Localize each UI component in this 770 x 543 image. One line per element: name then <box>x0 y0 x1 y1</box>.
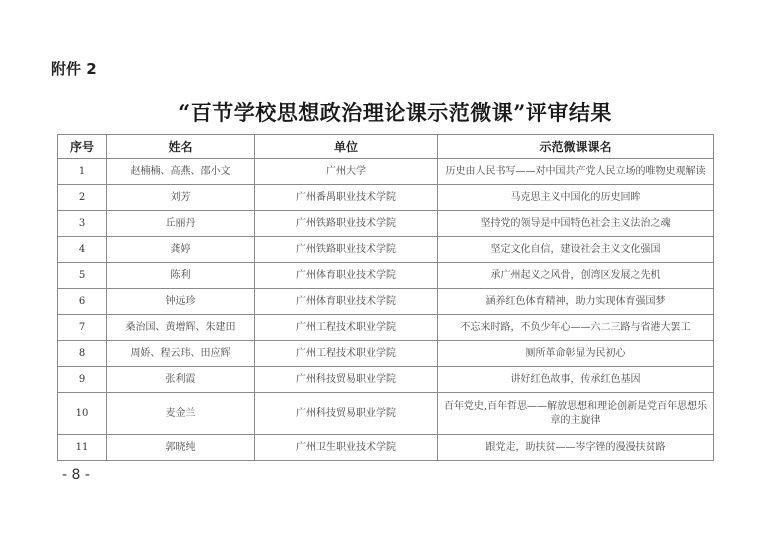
cell-names: 桑治国、黄增辉、朱建田 <box>107 315 255 341</box>
cell-course-title: 涵养红色体育精神，助力实现体育强国梦 <box>438 289 714 315</box>
table-row: 5 陈利 广州体育职业技术学院 承广州起义之风骨，创湾区发展之先机 <box>58 263 714 289</box>
cell-names: 麦金兰 <box>107 393 255 435</box>
cell-names: 丘丽丹 <box>107 211 255 237</box>
cell-unit: 广州大学 <box>255 159 438 185</box>
cell-unit: 广州番禺职业技术学院 <box>255 185 438 211</box>
cell-course-title: 坚定文化自信，建设社会主义文化强国 <box>438 237 714 263</box>
cell-serial-number: 4 <box>58 237 107 263</box>
table-row: 1 赵楠楠、高燕、邵小文 广州大学 历史由人民书写——对中国共产党人民立场的唯物… <box>58 159 714 185</box>
cell-course-title: 厕所革命彰显为民初心 <box>438 341 714 367</box>
cell-names: 郭晓纯 <box>107 435 255 461</box>
cell-unit: 广州工程技术职业学院 <box>255 341 438 367</box>
cell-course-title: 马克思主义中国化的历史回眸 <box>438 185 714 211</box>
cell-course-title: 讲好红色故事，传承红色基因 <box>438 367 714 393</box>
cell-unit: 广州卫生职业技术学院 <box>255 435 438 461</box>
cell-serial-number: 2 <box>58 185 107 211</box>
table-row: 4 龚婷 广州铁路职业技术学院 坚定文化自信，建设社会主义文化强国 <box>58 237 714 263</box>
cell-unit: 广州科技贸易职业学院 <box>255 367 438 393</box>
table-row: 9 张利霞 广州科技贸易职业学院 讲好红色故事，传承红色基因 <box>58 367 714 393</box>
cell-names: 龚婷 <box>107 237 255 263</box>
header-serial-number: 序号 <box>58 135 107 159</box>
cell-names: 刘芳 <box>107 185 255 211</box>
table-row: 6 钟远珍 广州体育职业技术学院 涵养红色体育精神，助力实现体育强国梦 <box>58 289 714 315</box>
cell-unit: 广州铁路职业技术学院 <box>255 237 438 263</box>
header-unit: 单位 <box>255 135 438 159</box>
cell-course-title: 承广州起义之风骨，创湾区发展之先机 <box>438 263 714 289</box>
attachment-label: 附件 2 <box>51 58 97 79</box>
cell-serial-number: 5 <box>58 263 107 289</box>
cell-names: 张利霞 <box>107 367 255 393</box>
cell-names: 陈利 <box>107 263 255 289</box>
cell-serial-number: 3 <box>58 211 107 237</box>
cell-serial-number: 1 <box>58 159 107 185</box>
table-header-row: 序号 姓名 单位 示范微课课名 <box>58 135 714 159</box>
cell-course-title: 跟党走，助扶贫——岑字锉的漫漫扶贫路 <box>438 435 714 461</box>
results-table: 序号 姓名 单位 示范微课课名 1 赵楠楠、高燕、邵小文 广州大学 历史由人民书… <box>57 134 714 461</box>
table-row: 10 麦金兰 广州科技贸易职业学院 百年党史,百年哲思——解放思想和理论创新是党… <box>58 393 714 435</box>
cell-names: 钟远珍 <box>107 289 255 315</box>
cell-course-title: 不忘来时路，不负少年心——六二三路与省港大罢工 <box>438 315 714 341</box>
cell-serial-number: 7 <box>58 315 107 341</box>
cell-serial-number: 9 <box>58 367 107 393</box>
table-row: 3 丘丽丹 广州铁路职业技术学院 坚持党的领导是中国特色社会主义法治之魂 <box>58 211 714 237</box>
header-course-title: 示范微课课名 <box>438 135 714 159</box>
cell-names: 赵楠楠、高燕、邵小文 <box>107 159 255 185</box>
cell-unit: 广州体育职业技术学院 <box>255 289 438 315</box>
cell-unit: 广州铁路职业技术学院 <box>255 211 438 237</box>
cell-names: 周娇、程云玮、田应辉 <box>107 341 255 367</box>
cell-course-title: 历史由人民书写——对中国共产党人民立场的唯物史观解读 <box>438 159 714 185</box>
document-title: “百节学校思想政治理论课示范微课”评审结果 <box>0 97 770 127</box>
table-row: 11 郭晓纯 广州卫生职业技术学院 跟党走，助扶贫——岑字锉的漫漫扶贫路 <box>58 435 714 461</box>
table-row: 2 刘芳 广州番禺职业技术学院 马克思主义中国化的历史回眸 <box>58 185 714 211</box>
cell-unit: 广州工程技术职业学院 <box>255 315 438 341</box>
header-name: 姓名 <box>107 135 255 159</box>
cell-serial-number: 8 <box>58 341 107 367</box>
cell-serial-number: 10 <box>58 393 107 435</box>
cell-serial-number: 11 <box>58 435 107 461</box>
table-row: 8 周娇、程云玮、田应辉 广州工程技术职业学院 厕所革命彰显为民初心 <box>58 341 714 367</box>
table-row: 7 桑治国、黄增辉、朱建田 广州工程技术职业学院 不忘来时路，不负少年心——六二… <box>58 315 714 341</box>
cell-unit: 广州科技贸易职业学院 <box>255 393 438 435</box>
cell-serial-number: 6 <box>58 289 107 315</box>
cell-course-title: 坚持党的领导是中国特色社会主义法治之魂 <box>438 211 714 237</box>
cell-course-title: 百年党史,百年哲思——解放思想和理论创新是党百年思想乐章的主旋律 <box>438 393 714 435</box>
cell-unit: 广州体育职业技术学院 <box>255 263 438 289</box>
page-number: - 8 - <box>62 467 90 483</box>
